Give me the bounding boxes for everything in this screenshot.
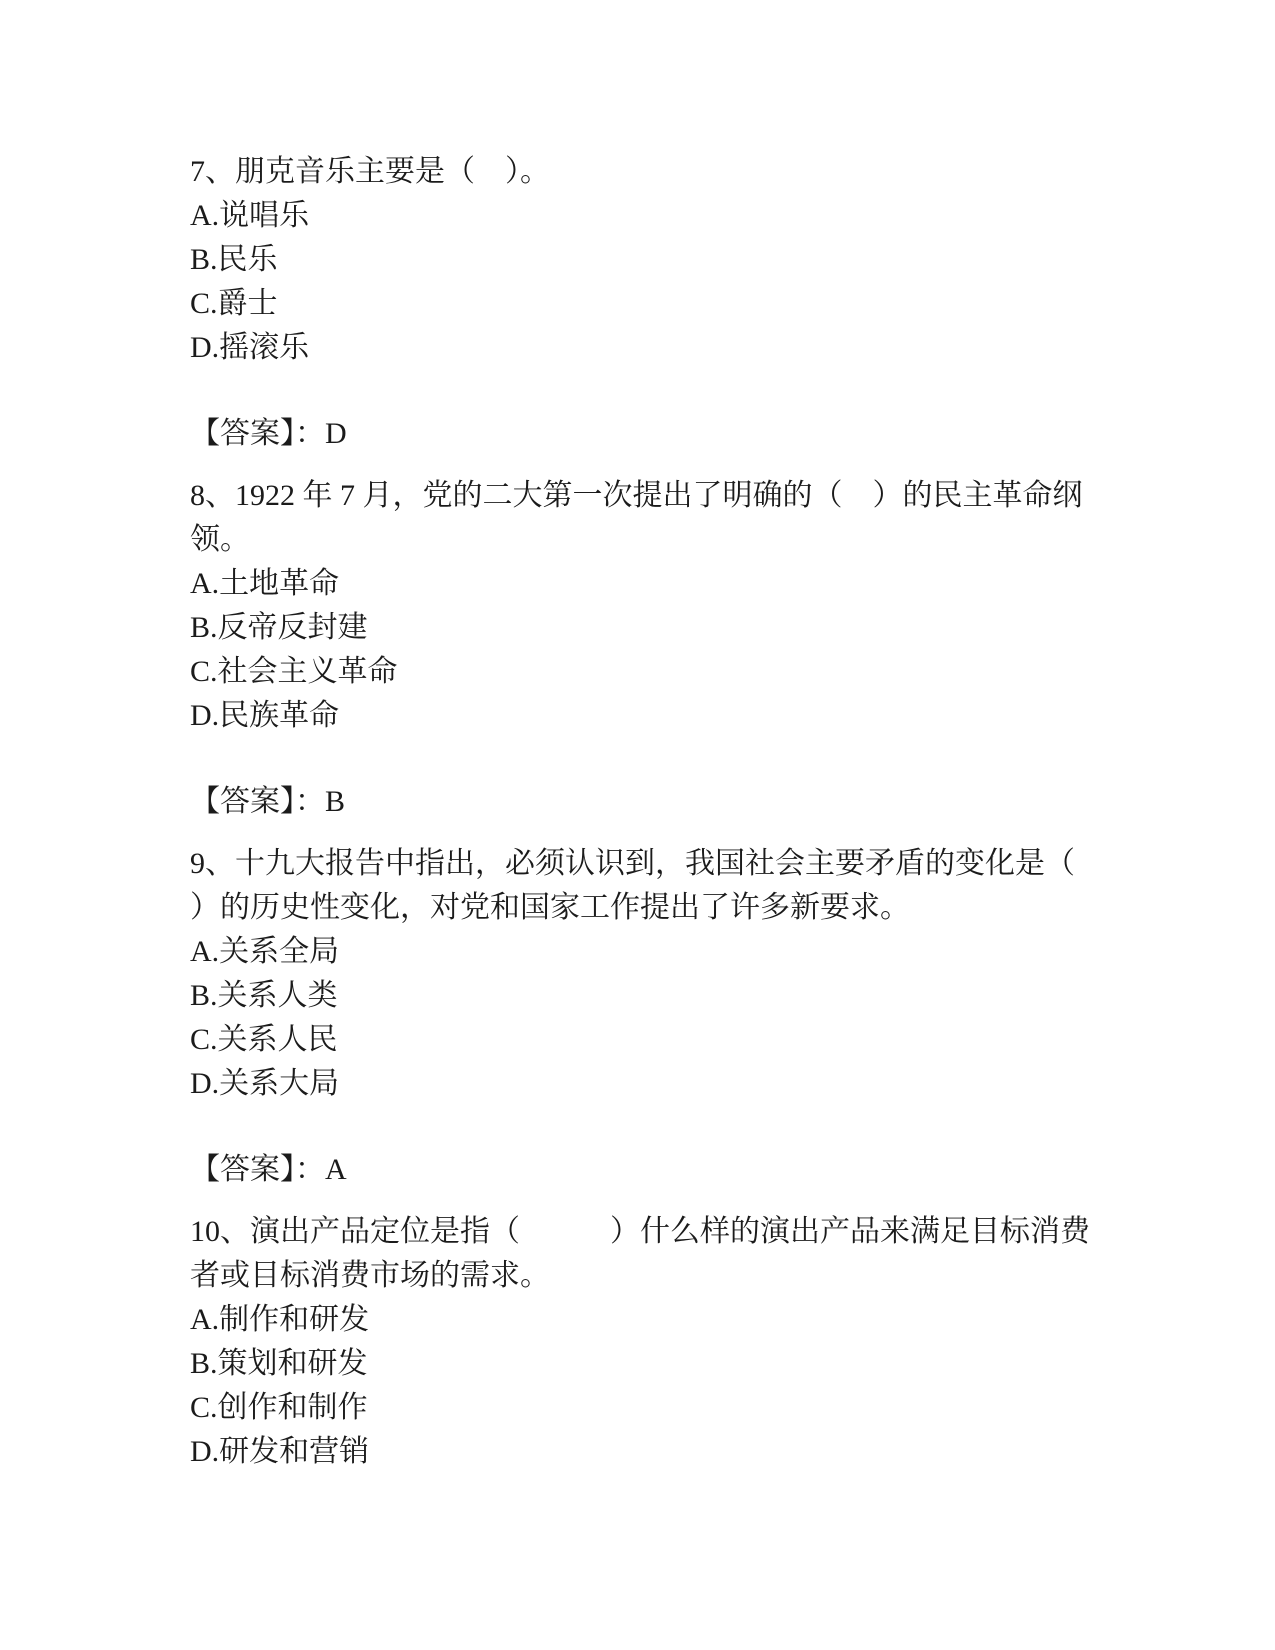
question-7-text-line-1: 7、朋克音乐主要是（ ）。 bbox=[190, 150, 1175, 194]
question-8-option-c: C.社会主义革命 bbox=[190, 650, 1175, 694]
question-10-option-a: A.制作和研发 bbox=[190, 1298, 1175, 1342]
question-7-option-d: D.摇滚乐 bbox=[190, 326, 1175, 370]
question-8: 8、1922 年 7 月，党的二大第一次提出了明确的（ ）的民主革命纲 领。 A… bbox=[190, 474, 1175, 824]
question-10-option-c: C.创作和制作 bbox=[190, 1386, 1175, 1430]
question-10-option-b: B.策划和研发 bbox=[190, 1342, 1175, 1386]
question-8-option-b: B.反帝反封建 bbox=[190, 606, 1175, 650]
question-10-text-line-1: 10、演出产品定位是指（ ）什么样的演出产品来满足目标消费 bbox=[190, 1210, 1175, 1254]
question-8-option-d: D.民族革命 bbox=[190, 694, 1175, 738]
question-7: 7、朋克音乐主要是（ ）。 A.说唱乐 B.民乐 C.爵士 D.摇滚乐 【答案】… bbox=[190, 150, 1175, 456]
question-7-option-a: A.说唱乐 bbox=[190, 194, 1175, 238]
question-9-text-line-1: 9、十九大报告中指出，必须认识到，我国社会主要矛盾的变化是（ bbox=[190, 842, 1175, 886]
answer-value: B bbox=[325, 785, 345, 818]
exam-document-page: 7、朋克音乐主要是（ ）。 A.说唱乐 B.民乐 C.爵士 D.摇滚乐 【答案】… bbox=[0, 0, 1275, 1650]
question-8-option-a: A.土地革命 bbox=[190, 562, 1175, 606]
question-7-answer-line: 【答案】：D bbox=[190, 412, 1175, 456]
question-9: 9、十九大报告中指出，必须认识到，我国社会主要矛盾的变化是（ ）的历史性变化，对… bbox=[190, 842, 1175, 1192]
question-9-option-c: C.关系人民 bbox=[190, 1018, 1175, 1062]
question-9-option-d: D.关系大局 bbox=[190, 1062, 1175, 1106]
question-9-text-line-2: ）的历史性变化，对党和国家工作提出了许多新要求。 bbox=[190, 886, 1175, 930]
question-9-option-a: A.关系全局 bbox=[190, 930, 1175, 974]
question-10-text-line-2: 者或目标消费市场的需求。 bbox=[190, 1254, 1175, 1298]
answer-value: D bbox=[325, 417, 347, 450]
answer-label: 【答案】： bbox=[190, 1153, 325, 1186]
question-8-text-line-1: 8、1922 年 7 月，党的二大第一次提出了明确的（ ）的民主革命纲 bbox=[190, 474, 1175, 518]
question-10-option-d: D.研发和营销 bbox=[190, 1430, 1175, 1474]
question-7-option-b: B.民乐 bbox=[190, 238, 1175, 282]
question-8-text-line-2: 领。 bbox=[190, 518, 1175, 562]
question-8-answer-line: 【答案】：B bbox=[190, 780, 1175, 824]
answer-value: A bbox=[325, 1153, 347, 1186]
question-9-answer-line: 【答案】：A bbox=[190, 1148, 1175, 1192]
answer-label: 【答案】： bbox=[190, 417, 325, 450]
answer-label: 【答案】： bbox=[190, 785, 325, 818]
question-7-option-c: C.爵士 bbox=[190, 282, 1175, 326]
question-10: 10、演出产品定位是指（ ）什么样的演出产品来满足目标消费 者或目标消费市场的需… bbox=[190, 1210, 1175, 1474]
question-9-option-b: B.关系人类 bbox=[190, 974, 1175, 1018]
